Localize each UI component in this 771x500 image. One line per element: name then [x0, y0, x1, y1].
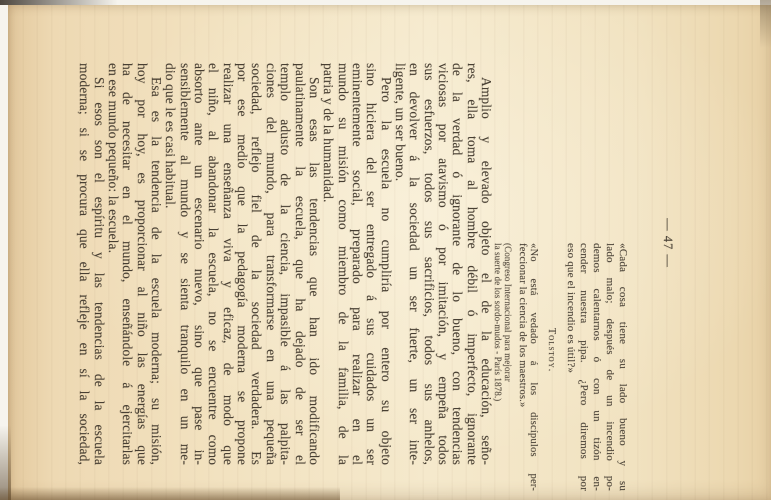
- body-text-line: res, ella toma al hombre débil ó imperfe…: [464, 63, 478, 465]
- body-text-line: realizar una enseñanza viva y eficaz, de…: [220, 63, 234, 465]
- body-text-line: por ese medio que la pedagogía moderna s…: [235, 63, 249, 465]
- body-text-line: ha de necesitar en el mundo, enseñándole…: [120, 63, 134, 465]
- scanned-book-page: — 47 — «Cada cosa tiene su lado bueno y …: [0, 0, 771, 500]
- body-text-line: paulatinamente la escuela, que ha dejado…: [292, 63, 306, 465]
- body-text-line: en devolver á la sociedad un ser fuerte,…: [407, 63, 421, 465]
- body-text-line: el niño, al abandonar la escuela, no se …: [206, 63, 220, 465]
- body-text-line: moderna; si se procura que ella refleje …: [77, 63, 91, 465]
- epigraph-quote-congress: «No está vedado á los discípulos per- fe…: [517, 243, 539, 491]
- body-text-line: templo adusto de la ciencia, impasible á…: [278, 63, 292, 465]
- body-text-line: dio que le es casi habitual.: [163, 63, 177, 465]
- page-number: — 47 —: [660, 43, 675, 443]
- body-text-line: en ese mundo pequeño: la escuela.: [106, 63, 120, 465]
- epigraph-line: «No está vedado á los discípulos per-: [528, 243, 539, 491]
- body-text-line: Amplio y elevado objeto el de la educaci…: [479, 63, 493, 465]
- epigraph-line: cender nuestra pipa. ¿Pero diremos por: [577, 243, 590, 491]
- body-text-line: mundo su misión como miembro de la famil…: [335, 63, 349, 465]
- epigraph-quote-tolstoy: «Cada cosa tiene su lado bueno y su lado…: [564, 243, 629, 491]
- epigraph-line: «Cada cosa tiene su lado bueno y su: [616, 243, 629, 491]
- scan-edge-top-right: [760, 0, 771, 48]
- body-text-line: viciosas por atavismo ó por imitación, y…: [436, 63, 450, 465]
- body-text-line: Esa es la tendencia de la escuela modern…: [149, 63, 163, 465]
- body-text-line: Son esas las tendencias que han ido modi…: [307, 63, 321, 465]
- epigraph-attribution-tolstoy: Tolstoy.: [546, 243, 557, 457]
- page-content-rotated: — 47 — «Cada cosa tiene su lado bueno y …: [8, 5, 771, 500]
- epigraph-line: demos calentarnos ó con un tizón en-: [590, 243, 603, 491]
- book-page-paper: — 47 — «Cada cosa tiene su lado bueno y …: [8, 5, 771, 500]
- body-text-line: patria y de la humanidad.: [321, 63, 335, 465]
- epigraph-line: feccionar la ciencia de los maestros.»: [517, 243, 528, 491]
- body-text-line: sensiblemente al mundo y se sienta tranq…: [177, 63, 191, 465]
- body-text-line: ligente, un ser bueno.: [393, 63, 407, 465]
- body-text-line: Pero la escuela no cumpliría por entero …: [378, 63, 392, 465]
- epigraph-line: lado malo; después de un incendio po-: [603, 243, 616, 491]
- body-text-line: eminentemente social, preparado para rea…: [350, 63, 364, 465]
- attribution-line: la suerte de los sordo-mudos - París 187…: [493, 243, 503, 491]
- scan-shadow-bottom: [0, 487, 340, 500]
- epigraph-block: «Cada cosa tiene su lado bueno y su lado…: [493, 243, 629, 491]
- scan-edge-top-left: [0, 0, 118, 5]
- attribution-line: (Congreso Internacional para mejorar: [503, 243, 513, 491]
- body-text: Amplio y elevado objeto el de la educaci…: [77, 63, 493, 465]
- body-text-line: Si esos son el espíritu y las tendencias…: [91, 63, 105, 465]
- body-text-line: absorto ante un escenario nuevo, sino qu…: [192, 63, 206, 465]
- body-text-line: sociedad, reflejo fiel de la sociedad ve…: [249, 63, 263, 465]
- epigraph-line: eso que el incendio es útil?»: [564, 243, 577, 491]
- body-text-line: de la verdad ó ignorante de lo bueno, co…: [450, 63, 464, 465]
- body-text-line: ciones del mundo, para transformarse en …: [264, 63, 278, 465]
- epigraph-attribution-congress: (Congreso Internacional para mejorar la …: [493, 243, 513, 491]
- body-text-line: sino hiciera del ser entregado á sus cui…: [364, 63, 378, 465]
- body-text-line: hoy por hoy, es proporcionar al niño las…: [134, 63, 148, 465]
- body-text-line: sus esfuerzos, todos sus sacrificios, to…: [421, 63, 435, 465]
